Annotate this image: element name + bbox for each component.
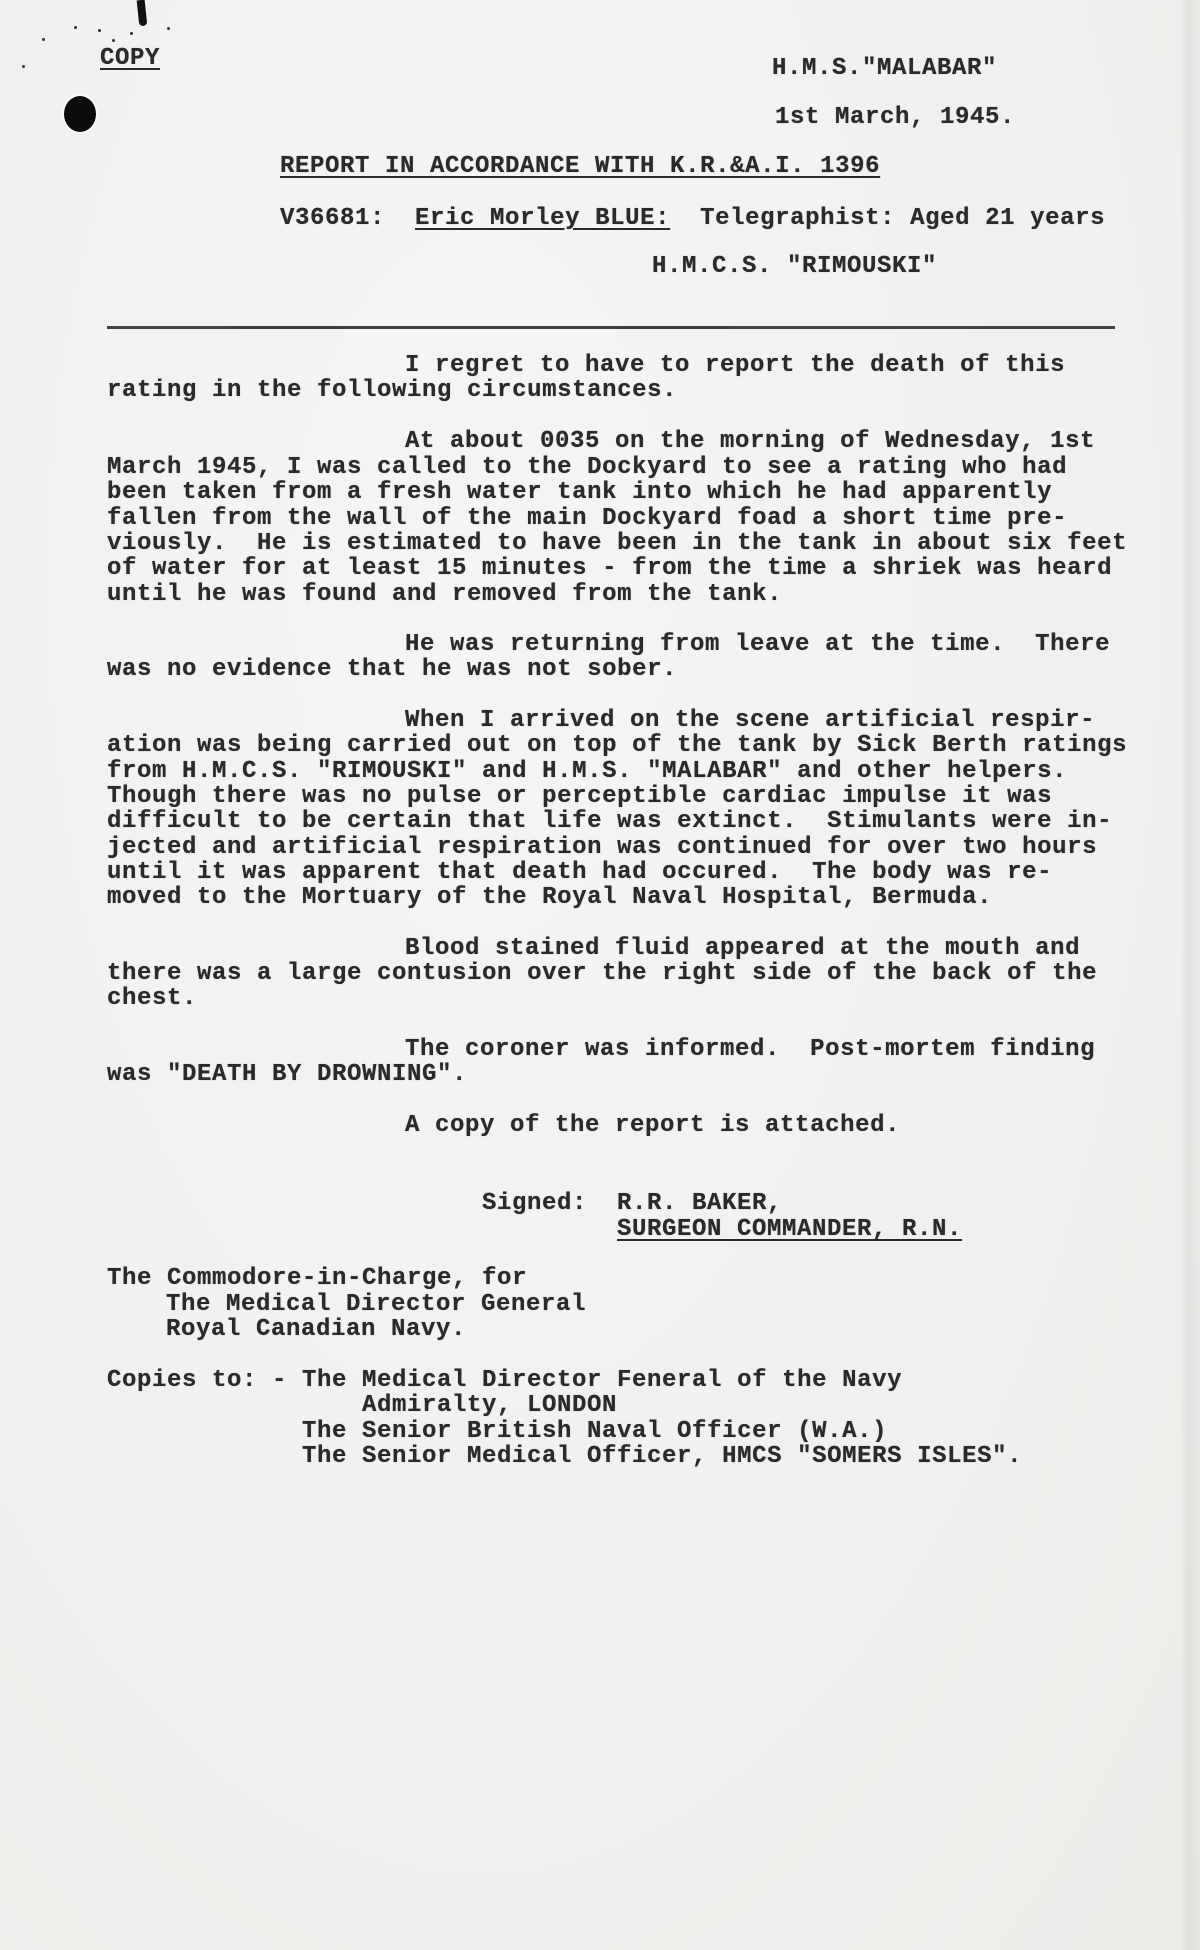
speck bbox=[130, 32, 133, 35]
signature-title: SURGEON COMMANDER, R.N. bbox=[617, 1217, 962, 1242]
paragraph-1-line-2: rating in the following circumstances. bbox=[107, 378, 677, 403]
copy-mark: COPY bbox=[100, 46, 160, 71]
paragraph-4-line-5: difficult to be certain that life was ex… bbox=[107, 809, 1112, 834]
addressee-line-3: Royal Canadian Navy. bbox=[166, 1317, 466, 1342]
speck bbox=[74, 26, 77, 29]
hole-punch bbox=[64, 96, 96, 132]
paragraph-2-line-4: fallen from the wall of the main Dockyar… bbox=[107, 506, 1067, 531]
copies-line-4: The Senior Medical Officer, HMCS "SOMERS… bbox=[302, 1444, 1022, 1469]
paragraph-4-line-1: When I arrived on the scene artificial r… bbox=[405, 708, 1095, 733]
report-title: REPORT IN ACCORDANCE WITH K.R.&A.I. 1396 bbox=[280, 154, 880, 179]
speck bbox=[112, 39, 115, 42]
paragraph-4-line-7: until it was apparent that death had occ… bbox=[107, 860, 1052, 885]
copies-line-1: The Medical Director Feneral of the Navy bbox=[302, 1368, 902, 1393]
addressee-line-2: The Medical Director General bbox=[166, 1292, 586, 1317]
signature-label: Signed: bbox=[482, 1191, 587, 1216]
paragraph-5-line-1: Blood stained fluid appeared at the mout… bbox=[405, 936, 1080, 961]
paragraph-3-line-2: was no evidence that he was not sober. bbox=[107, 657, 677, 682]
paragraph-2-line-5: viously. He is estimated to have been in… bbox=[107, 531, 1127, 556]
service-number: V36681: bbox=[280, 205, 385, 232]
paragraph-2-line-7: until he was found and removed from the … bbox=[107, 582, 782, 607]
paragraph-7-line-1: A copy of the report is attached. bbox=[405, 1113, 900, 1138]
signature-name: R.R. BAKER, bbox=[617, 1191, 782, 1216]
copies-line-2: Admiralty, LONDON bbox=[362, 1393, 617, 1418]
paragraph-2-line-3: been taken from a fresh water tank into … bbox=[107, 480, 1052, 505]
addressee-line-1: The Commodore-in-Charge, for bbox=[107, 1266, 527, 1291]
paragraph-3-line-1: He was returning from leave at the time.… bbox=[405, 632, 1110, 657]
paragraph-5-line-2: there was a large contusion over the rig… bbox=[107, 961, 1097, 986]
paragraph-6-line-2: was "DEATH BY DROWNING". bbox=[107, 1062, 467, 1087]
speck bbox=[98, 29, 101, 32]
paragraph-4-line-4: Though there was no pulse or perceptible… bbox=[107, 784, 1052, 809]
paragraph-2-line-2: March 1945, I was called to the Dockyard… bbox=[107, 455, 1067, 480]
paragraph-1-line-1: I regret to have to report the death of … bbox=[405, 353, 1065, 378]
paragraph-4-line-2: ation was being carried out on top of th… bbox=[107, 733, 1127, 758]
paragraph-4-line-3: from H.M.C.S. "RIMOUSKI" and H.M.S. "MAL… bbox=[107, 759, 1067, 784]
paragraph-4-line-8: moved to the Mortuary of the Royal Naval… bbox=[107, 885, 992, 910]
paragraph-2-line-1: At about 0035 on the morning of Wednesda… bbox=[405, 429, 1095, 454]
paragraph-2-line-6: of water for at least 15 minutes - from … bbox=[107, 556, 1112, 581]
speck bbox=[42, 38, 45, 41]
subject-unit: H.M.C.S. "RIMOUSKI" bbox=[652, 254, 937, 279]
subject-rank-age: Telegraphist: Aged 21 years bbox=[700, 205, 1105, 232]
ship-name: H.M.S."MALABAR" bbox=[772, 56, 997, 81]
header-divider bbox=[107, 326, 1115, 329]
paragraph-5-line-3: chest. bbox=[107, 986, 197, 1011]
paragraph-6-line-1: The coroner was informed. Post-mortem fi… bbox=[405, 1037, 1095, 1062]
speck bbox=[22, 65, 25, 68]
copies-line-3: The Senior British Naval Officer (W.A.) bbox=[302, 1419, 887, 1444]
report-date: 1st March, 1945. bbox=[775, 105, 1015, 130]
paragraph-4-line-6: jected and artificial respiration was co… bbox=[107, 835, 1097, 860]
copies-label: Copies to: - bbox=[107, 1368, 287, 1393]
subject-line: V36681: Eric Morley BLUE: Telegraphist: … bbox=[280, 206, 1105, 231]
subject-name: Eric Morley BLUE: bbox=[415, 205, 670, 232]
speck bbox=[167, 27, 170, 30]
